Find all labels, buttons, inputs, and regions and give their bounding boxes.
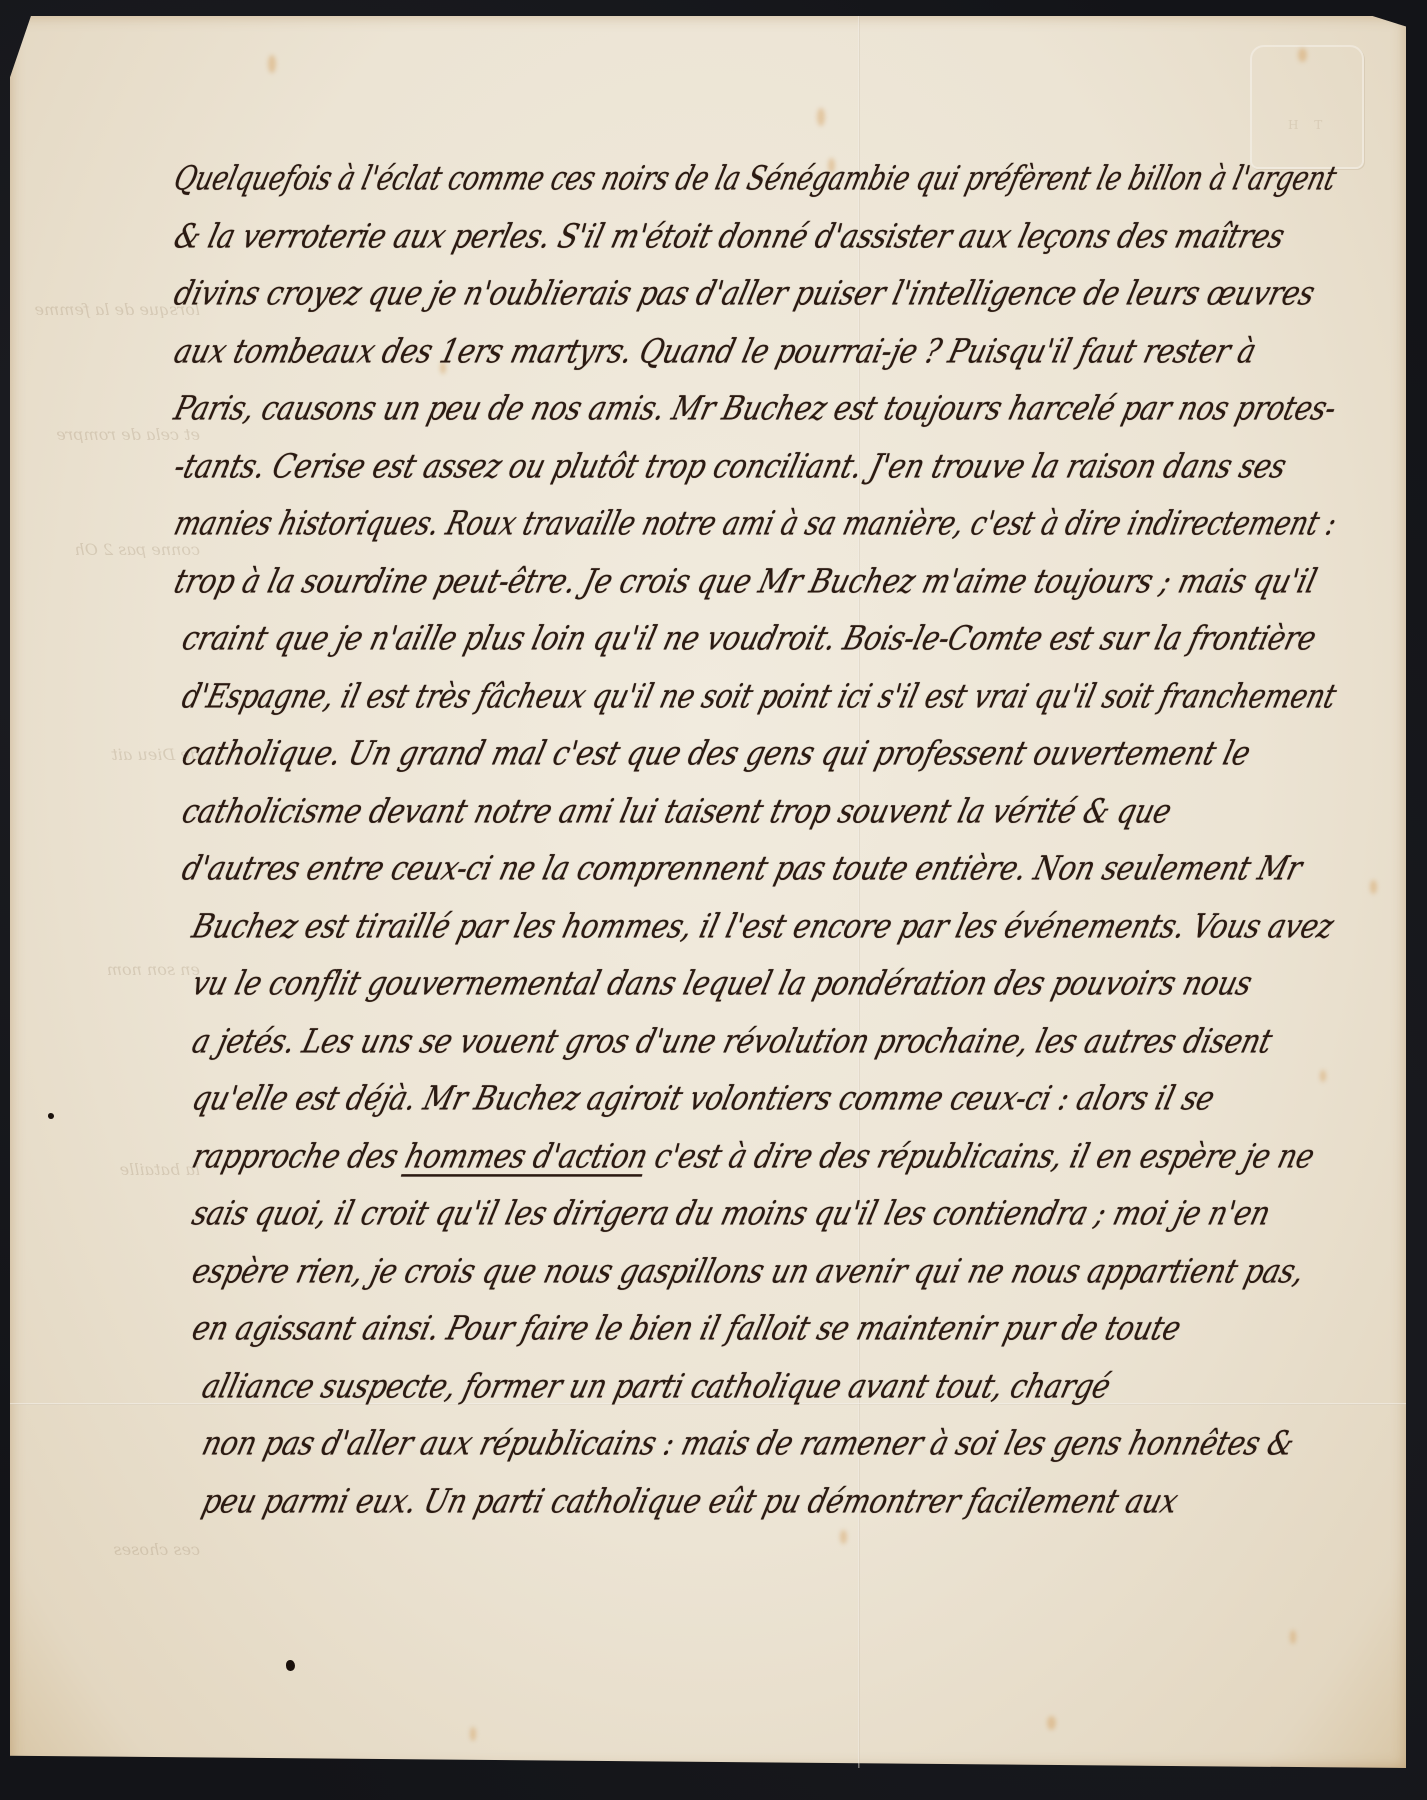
letter-line: manies historiques. Roux travaille notre… <box>167 491 1287 557</box>
letter-line: vu le conflit gouvernemental dans lequel… <box>185 951 1344 1017</box>
letter-line: peu parmi eux. Un parti catholique eût p… <box>195 1468 1344 1534</box>
ink-blot <box>286 1660 295 1671</box>
letter-line: qu'elle est déjà. Mr Buchez agiroit volo… <box>185 1066 1344 1132</box>
foxing-spot <box>817 108 825 126</box>
letter-line: divins croyez que je n'oublierais pas d'… <box>167 261 1343 327</box>
bleed-through-text: de Dieu ait <box>20 745 200 763</box>
ink-blot <box>48 1113 54 1119</box>
letter-line: rapproche des hommes d'action c'est à di… <box>185 1123 1344 1189</box>
letter-line: non pas d'aller aux républicains : mais … <box>195 1411 1344 1477</box>
letter-line: craint que je n'aille plus loin qu'il ne… <box>175 606 1344 672</box>
letter-line: & la verroterie aux perles. S'il m'étoit… <box>167 203 1343 269</box>
bleed-through-text: ces choses <box>20 1540 200 1558</box>
letter-line: Paris, causons un peu de nos amis. Mr Bu… <box>167 376 1332 442</box>
foxing-spot <box>1047 1716 1056 1730</box>
letter-line: trop à la sourdine peut-être. Je crois q… <box>167 548 1343 614</box>
letter-line: sais quoi, il croit qu'il les dirigera d… <box>185 1181 1344 1247</box>
foxing-spot <box>1370 880 1377 894</box>
letter-line: en agissant ainsi. Pour faire le bien il… <box>185 1296 1344 1362</box>
foxing-spot <box>268 55 276 73</box>
foxing-spot <box>1290 1630 1296 1644</box>
letter-body: Quelquefois à l'éclat comme ces noirs de… <box>175 150 1355 1530</box>
letter-line: d'Espagne, il est très fâcheux qu'il ne … <box>175 663 1300 729</box>
bleed-through-text: en son nom <box>20 960 200 978</box>
letter-line: catholicisme devant notre ami lui taisen… <box>175 778 1344 844</box>
underlined-phrase: hommes d'action <box>401 1136 652 1175</box>
foxing-spot <box>1298 48 1307 62</box>
letter-line: catholique. Un grand mal c'est que des g… <box>175 721 1344 787</box>
foxing-spot <box>470 1727 476 1741</box>
letter-line: a jetés. Les uns se vouent gros d'une ré… <box>185 1008 1344 1074</box>
letter-line: Quelquefois à l'éclat comme ces noirs de… <box>167 146 1251 212</box>
letter-line: d'autres entre ceux-ci ne la comprennent… <box>175 836 1344 902</box>
letter-line: Buchez est tiraillé par les hommes, il l… <box>185 893 1344 959</box>
letter-line: espère rien, je crois que nous gaspillon… <box>185 1238 1344 1304</box>
letter-line: -tants. Cerise est assez ou plutôt trop … <box>167 433 1343 499</box>
embossed-stamp-letters: H T <box>1288 118 1328 132</box>
letter-line: aux tombeaux des 1ers martyrs. Quand le … <box>167 318 1343 384</box>
bleed-through-text: la bataille <box>20 1160 200 1178</box>
letter-line: alliance suspecte, former un parti catho… <box>195 1353 1344 1419</box>
